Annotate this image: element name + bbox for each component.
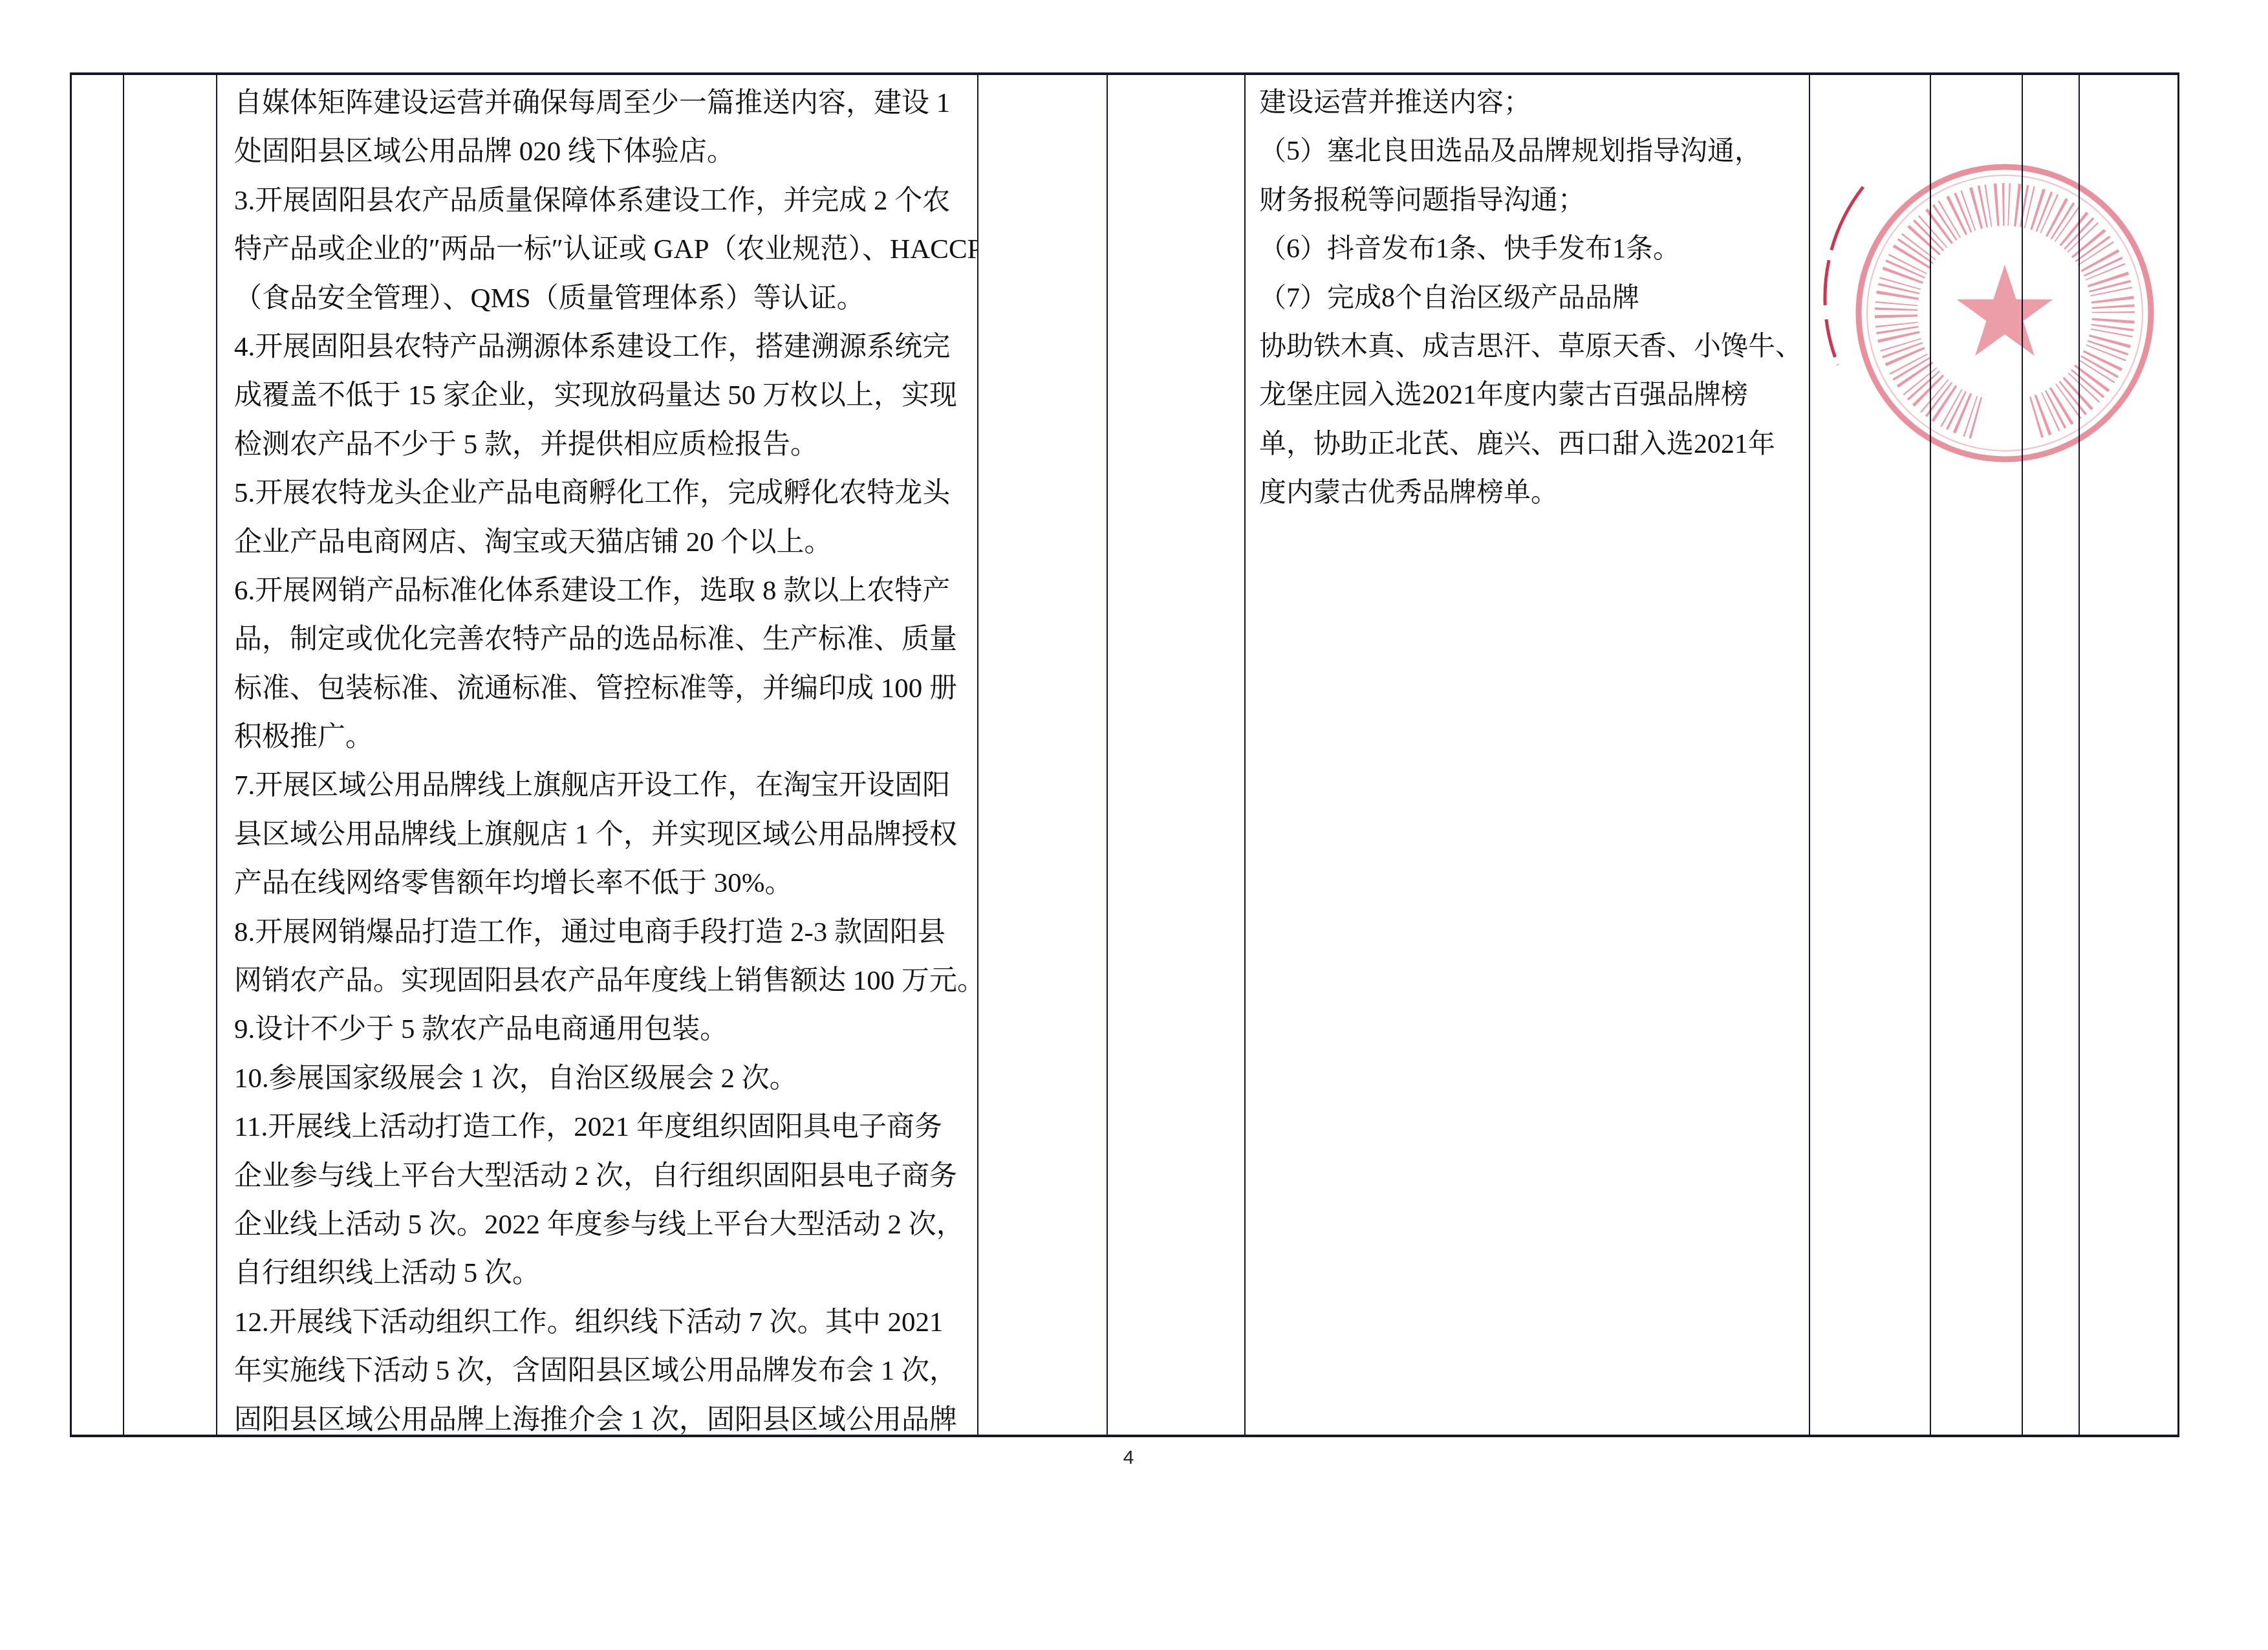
text-line: 6.开展网销产品标准化体系建设工作，选取 8 款以上农特产	[234, 567, 977, 615]
text-line: 龙堡庄园入选2021年度内蒙古百强品牌榜	[1259, 371, 1809, 420]
text-line: （7）完成8个自治区级产品品牌	[1259, 274, 1809, 323]
text-line: 8.开展网销爆品打造工作，通过电商手段打造 2-3 款固阳县	[234, 908, 977, 957]
cell-empty	[2080, 75, 2177, 1435]
text-line: 网销农产品。实现固阳县农产品年度线上销售额达 100 万元。	[234, 957, 977, 1005]
text-line: 县区域公用品牌线上旗舰店 1 个，并实现区域公用品牌授权	[234, 810, 977, 859]
text-line: 企业参与线上平台大型活动 2 次，自行组织固阳县电子商务	[234, 1152, 977, 1200]
text-line: 标准、包装标准、流通标准、管控标准等，并编印成 100 册	[234, 664, 977, 713]
text-line: 企业线上活动 5 次。2022 年度参与线上平台大型活动 2 次，	[234, 1200, 977, 1249]
text-line: 12.开展线下活动组织工作。组织线下活动 7 次。其中 2021	[234, 1298, 977, 1347]
text-line: 处固阳县区域公用品牌 020 线下体验店。	[234, 127, 977, 176]
text-line: 11.开展线上活动打造工作，2021 年度组织固阳具电子商务	[234, 1103, 977, 1151]
text-line: 协助铁木真、成吉思汗、草原天香、小馋牛、	[1259, 323, 1809, 371]
text-line: 检测农产品不少于 5 款，并提供相应质检报告。	[234, 420, 977, 469]
text-line: 品，制定或优化完善农特产品的选品标准、生产标准、质量	[234, 615, 977, 664]
text-line: 度内蒙古优秀品牌榜单。	[1259, 469, 1809, 517]
text-line: 4.开展固阳县农特产品溯源体系建设工作，搭建溯源系统完	[234, 323, 977, 371]
cell-item	[124, 75, 217, 1435]
text-line: 自行组织线上活动 5 次。	[234, 1249, 977, 1297]
text-line: 产品在线网络零售额年均增长率不低于 30%。	[234, 859, 977, 907]
text-line: 积极推广。	[234, 713, 977, 761]
text-line: 9.设计不少于 5 款农产品电商通用包装。	[234, 1005, 977, 1054]
cell-empty	[978, 75, 1108, 1435]
document-page: 自媒体矩阵建设运营并确保每周至少一篇推送内容，建设 1 处固阳县区域公用品牌 0…	[0, 0, 2268, 1650]
cell-progress-content: 建设运营并推送内容； （5）塞北良田选品及品牌规划指导沟通， 财务报税等问题指导…	[1246, 75, 1810, 1435]
text-line: （食品安全管理）、QMS（质量管理体系）等认证。	[234, 274, 977, 323]
work-table: 自媒体矩阵建设运营并确保每周至少一篇推送内容，建设 1 处固阳县区域公用品牌 0…	[70, 72, 2179, 1437]
text-line: 单，协助正北芪、鹿兴、西口甜入选2021年	[1259, 420, 1809, 469]
text-line: 企业产品电商网店、淘宝或天猫店铺 20 个以上。	[234, 518, 977, 567]
text-line: 财务报税等问题指导沟通；	[1259, 177, 1809, 225]
cell-target-content: 自媒体矩阵建设运营并确保每周至少一篇推送内容，建设 1 处固阳县区域公用品牌 0…	[217, 75, 978, 1435]
text-line: （5）塞北良田选品及品牌规划指导沟通，	[1259, 127, 1809, 176]
text-line: 7.开展区域公用品牌线上旗舰店开设工作，在淘宝开设固阳	[234, 761, 977, 810]
text-line: 固阳县区域公用品牌上海推介会 1 次，固阳县区域公用品牌	[234, 1396, 977, 1435]
cell-empty	[1810, 75, 1931, 1435]
text-line: 建设运营并推送内容；	[1259, 79, 1809, 127]
text-line: （6）抖音发布1条、快手发布1条。	[1259, 225, 1809, 274]
page-number: 4	[1099, 1445, 1158, 1471]
text-line: 自媒体矩阵建设运营并确保每周至少一篇推送内容，建设 1	[234, 79, 977, 127]
text-line: 年实施线下活动 5 次，含固阳县区域公用品牌发布会 1 次，	[234, 1347, 977, 1395]
text-line: 5.开展农特龙头企业产品电商孵化工作，完成孵化农特龙头	[234, 469, 977, 517]
cell-empty	[1931, 75, 2023, 1435]
text-line: 10.参展国家级展会 1 次，自治区级展会 2 次。	[234, 1054, 977, 1103]
text-line: 3.开展固阳县农产品质量保障体系建设工作，并完成 2 个农	[234, 177, 977, 225]
cell-empty	[2023, 75, 2080, 1435]
text-line: 成覆盖不低于 15 家企业，实现放码量达 50 万枚以上，实现	[234, 371, 977, 420]
text-line: 特产品或企业的″两品一标″认证或 GAP（农业规范）、HACCP	[234, 225, 977, 274]
cell-empty	[1108, 75, 1246, 1435]
cell-index	[72, 75, 124, 1435]
